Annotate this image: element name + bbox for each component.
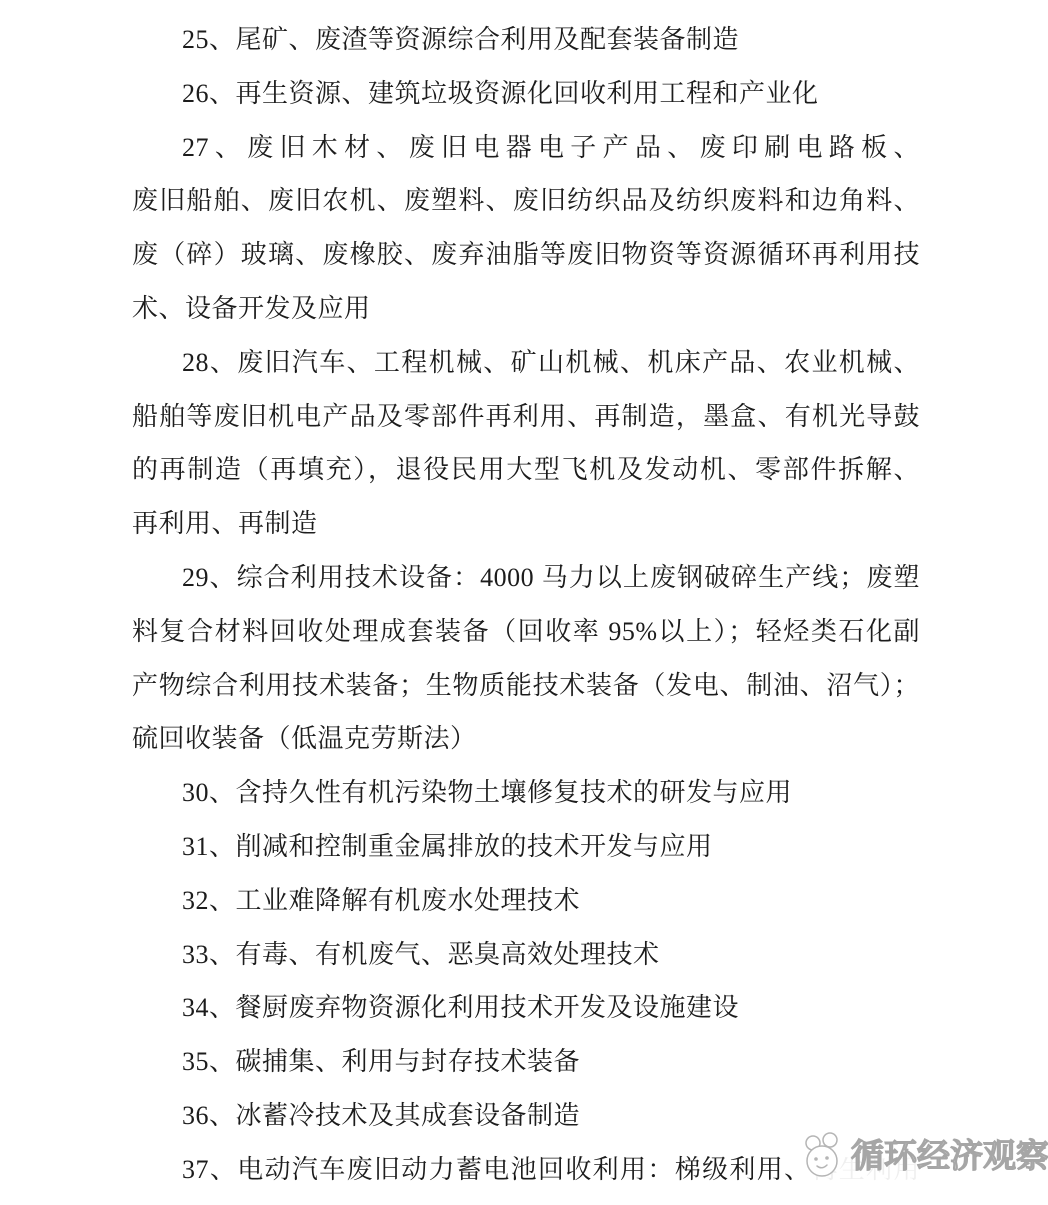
document-line: 25、尾矿、废渣等资源综合利用及配套装备制造	[132, 13, 920, 67]
watermark-label: 循环经济观察	[851, 1126, 1048, 1188]
document-line: 产物综合利用技术装备；生物质能技术装备（发电、制油、沼气）；	[132, 659, 920, 713]
document-line: 29、综合利用技术设备：4000 马力以上废钢破碎生产线；废塑	[132, 551, 920, 605]
document-line: 35、碳捕集、利用与封存技术装备	[132, 1035, 920, 1089]
document-line: 31、削减和控制重金属排放的技术开发与应用	[132, 820, 920, 874]
document-line: 废旧船舶、废旧农机、废塑料、废旧纺织品及纺织废料和边角料、	[132, 174, 920, 228]
document-line: 34、餐厨废弃物资源化利用技术开发及设施建设	[132, 981, 920, 1035]
document-line: 的再制造（再填充），退役民用大型飞机及发动机、零部件拆解、	[132, 443, 920, 497]
document-line: 30、含持久性有机污染物土壤修复技术的研发与应用	[132, 766, 920, 820]
document-line: 27、废旧木材、废旧电器电子产品、废印刷电路板、废旧电池、	[132, 121, 920, 175]
document-line: 33、有毒、有机废气、恶臭高效处理技术	[132, 928, 920, 982]
document-line: 28、废旧汽车、工程机械、矿山机械、机床产品、农业机械、	[132, 336, 920, 390]
document-line: 再利用、再制造	[132, 497, 920, 551]
document-line: 32、工业难降解有机废水处理技术	[132, 874, 920, 928]
mascot-face-icon	[799, 1132, 847, 1182]
document-page: 25、尾矿、废渣等资源综合利用及配套装备制造 26、再生资源、建筑垃圾资源化回收…	[0, 0, 1048, 1205]
document-line: 术、设备开发及应用	[132, 282, 920, 336]
document-line: 料复合材料回收处理成套装备（回收率 95%以上）；轻烃类石化副	[132, 605, 920, 659]
watermark: 循环经济观察	[799, 1126, 1048, 1188]
document-line: 26、再生资源、建筑垃圾资源化回收利用工程和产业化	[132, 67, 920, 121]
text-block: 25、尾矿、废渣等资源综合利用及配套装备制造 26、再生资源、建筑垃圾资源化回收…	[132, 13, 920, 1197]
document-line: 废（碎）玻璃、废橡胶、废弃油脂等废旧物资等资源循环再利用技	[132, 228, 920, 282]
document-line: 硫回收装备（低温克劳斯法）	[132, 712, 920, 766]
document-line: 船舶等废旧机电产品及零部件再利用、再制造，墨盒、有机光导鼓	[132, 390, 920, 444]
